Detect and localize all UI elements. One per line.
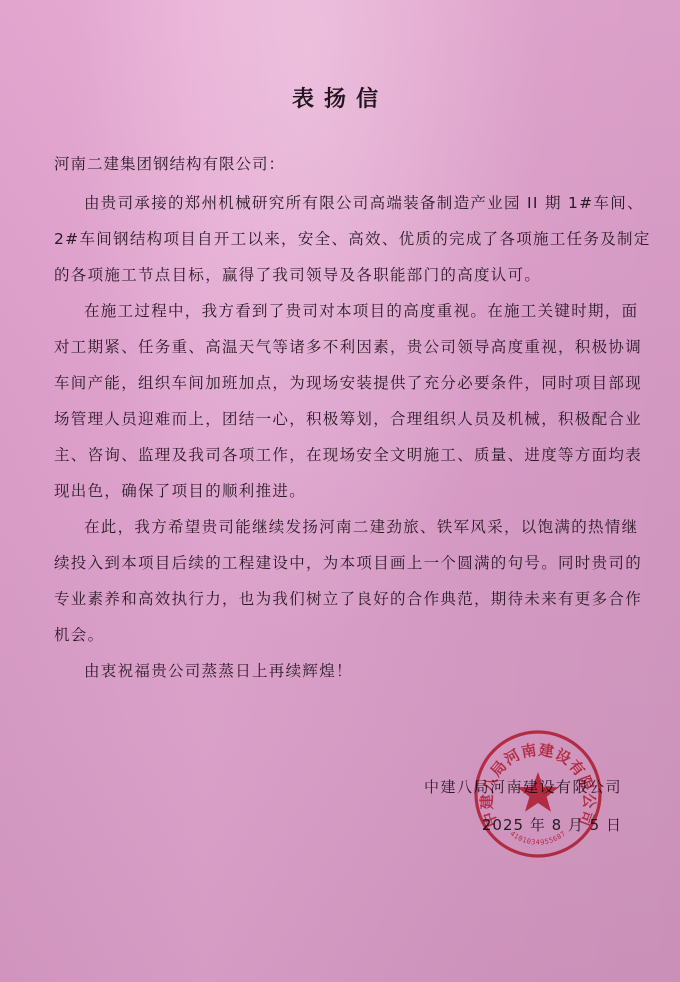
salutation: 河南二建集团钢结构有限公司： (54, 152, 285, 174)
text-line: 由衷祝福贵公司蒸蒸日上再续辉煌！ (54, 653, 630, 689)
text-line: 现出色，确保了项目的顺利推进。 (54, 473, 630, 509)
letter-title: 表扬信 (0, 82, 680, 113)
text-line: 在施工过程中，我方看到了贵司对本项目的高度重视。在施工关键时期，面 (54, 293, 630, 329)
text-line: 场管理人员迎难而上，团结一心，积极筹划，合理组织人员及机械，积极配合业 (54, 401, 630, 437)
text-line: 在此，我方希望贵司能继续发扬河南二建劲旅、铁军风采，以饱满的热情继 (54, 509, 630, 545)
signer-company: 中建八局河南建设有限公司 (424, 776, 622, 797)
text-line: 车间产能，组织车间加班加点，为现场安装提供了充分必要条件，同时项目部现 (54, 365, 630, 401)
paragraph-1: 由贵司承接的郑州机械研究所有限公司高端装备制造产业园 II 期 1#车间、 2#… (54, 185, 630, 293)
text-line: 专业素养和高效执行力，也为我们树立了良好的合作典范，期待未来有更多合作 (54, 581, 630, 617)
text-line: 2#车间钢结构项目自开工以来，安全、高效、优质的完成了各项施工任务及制定 (54, 221, 630, 257)
text-line: 续投入到本项目后续的工程建设中，为本项目画上一个圆满的句号。同时贵司的 (54, 545, 630, 581)
text-line: 由贵司承接的郑州机械研究所有限公司高端装备制造产业园 II 期 1#车间、 (54, 185, 630, 221)
letter-date: 2025 年 8 月 5 日 (482, 814, 622, 835)
paragraph-3: 在此，我方希望贵司能继续发扬河南二建劲旅、铁军风采，以饱满的热情继 续投入到本项… (54, 509, 630, 653)
text-line: 对工期紧、任务重、高温天气等诸多不利因素，贵公司领导高度重视，积极协调 (54, 329, 630, 365)
text-line: 主、咨询、监理及我司各项工作，在现场安全文明施工、质量、进度等方面均表 (54, 437, 630, 473)
paragraph-2: 在施工过程中，我方看到了贵司对本项目的高度重视。在施工关键时期，面 对工期紧、任… (54, 293, 630, 509)
text-line: 机会。 (54, 617, 630, 653)
paragraph-4-closing: 由衷祝福贵公司蒸蒸日上再续辉煌！ (54, 653, 630, 689)
text-line: 的各项施工节点目标，赢得了我司领导及各职能部门的高度认可。 (54, 257, 630, 293)
